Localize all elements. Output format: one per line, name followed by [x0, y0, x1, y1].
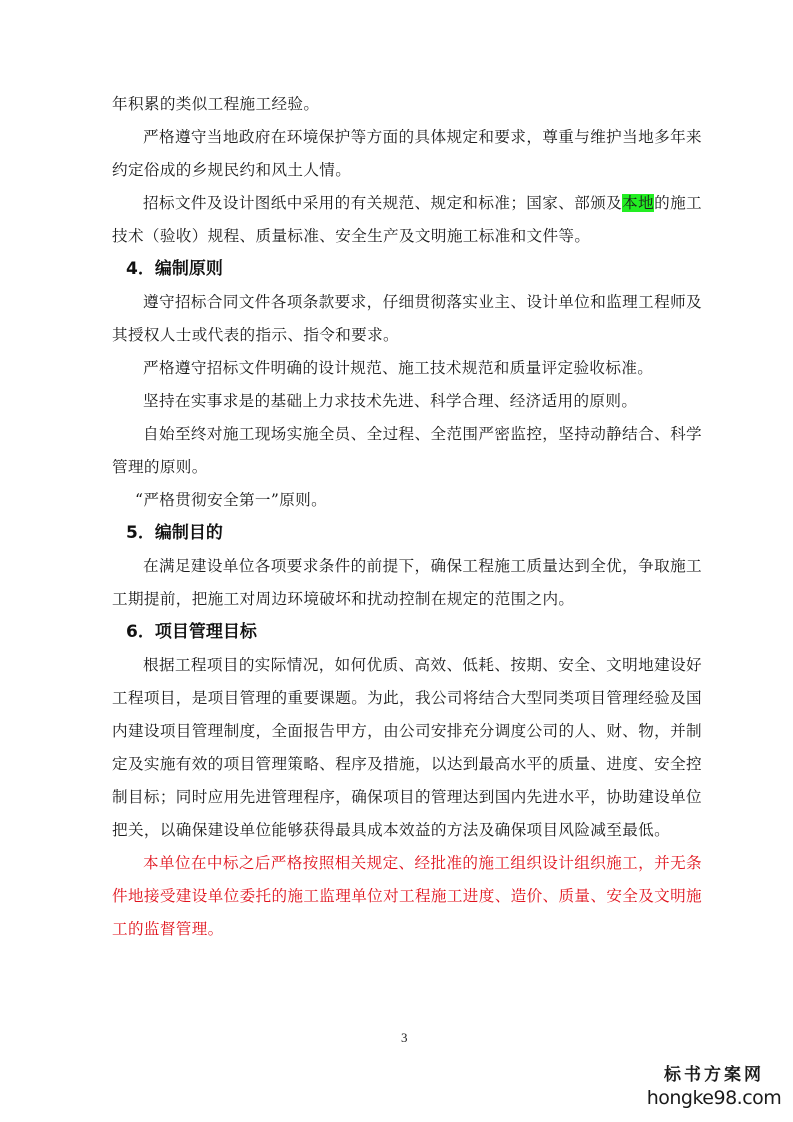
- section6-red-paragraph: 本单位在中标之后严格按照相关规定、经批准的施工组织设计组织施工，并无条件地接受建…: [112, 847, 702, 946]
- watermark-logo: 标书方案网 hongke98.com: [644, 1064, 784, 1110]
- document-body: 年积累的类似工程施工经验。 严格遵守当地政府在环境保护等方面的具体规定和要求，尊…: [112, 88, 702, 946]
- section-heading-4: 4．编制原则: [126, 253, 702, 286]
- paragraph-continued: 年积累的类似工程施工经验。: [112, 88, 702, 121]
- paragraph-standards: 招标文件及设计图纸中采用的有关规范、规定和标准；国家、部颁及本地的施工技术（验收…: [112, 187, 702, 253]
- paragraph-local-regulations: 严格遵守当地政府在环境保护等方面的具体规定和要求，尊重与维护当地多年来约定俗成的…: [112, 121, 702, 187]
- section4-paragraph: 坚持在实事求是的基础上力求技术先进、科学合理、经济适用的原则。: [112, 385, 702, 418]
- section5-paragraph: 在满足建设单位各项要求条件的前提下，确保工程施工质量达到全优，争取施工工期提前，…: [112, 550, 702, 616]
- watermark-url: hongke98.com: [644, 1086, 784, 1110]
- section6-paragraph: 根据工程项目的实际情况，如何优质、高效、低耗、按期、安全、文明地建设好工程项目，…: [112, 649, 702, 847]
- section4-paragraph: 自始至终对施工现场实施全员、全过程、全范围严密监控，坚持动静结合、科学管理的原则…: [112, 418, 702, 484]
- watermark-chinese: 标书方案网: [644, 1064, 784, 1086]
- section4-paragraph: 严格遵守招标文件明确的设计规范、施工技术规范和质量评定验收标准。: [112, 352, 702, 385]
- section4-paragraph: “严格贯彻安全第一”原则。: [112, 484, 702, 517]
- section-heading-5: 5．编制目的: [126, 517, 702, 550]
- section-heading-6: 6．项目管理目标: [126, 616, 702, 649]
- text-before-highlight: 招标文件及设计图纸中采用的有关规范、规定和标准；国家、部颁及: [143, 194, 622, 212]
- section4-paragraph: 遵守招标合同文件各项条款要求，仔细贯彻落实业主、设计单位和监理工程师及其授权人士…: [112, 286, 702, 352]
- document-page: 年积累的类似工程施工经验。 严格遵守当地政府在环境保护等方面的具体规定和要求，尊…: [0, 0, 793, 1122]
- page-number: 3: [401, 1030, 408, 1046]
- highlighted-text: 本地: [622, 194, 654, 212]
